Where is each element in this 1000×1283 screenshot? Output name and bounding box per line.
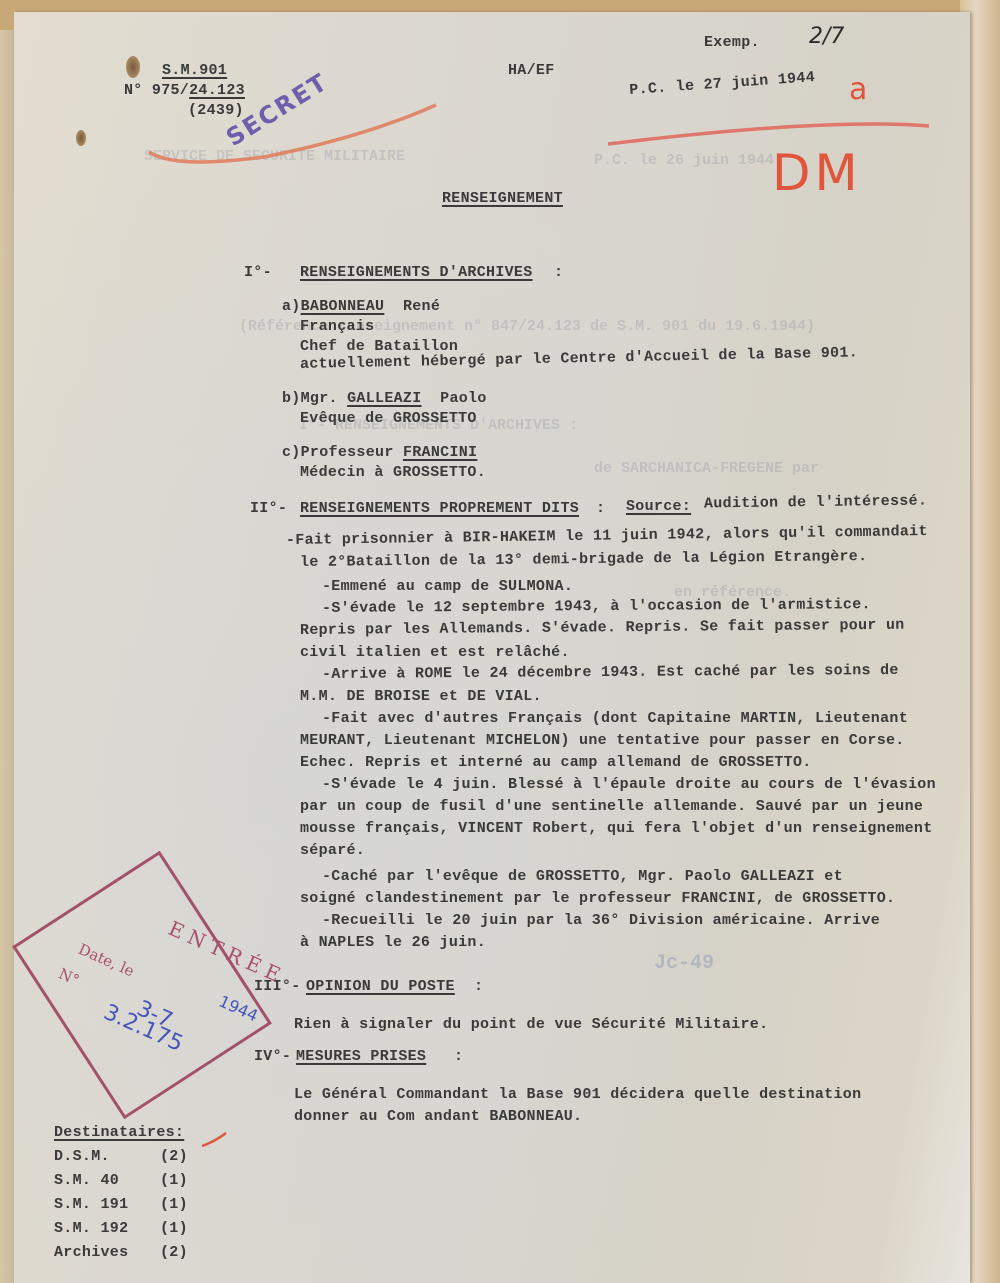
measures-line: donner au Com andant BABONNEAU. xyxy=(294,1108,582,1125)
recipient-row: D.S.M.(2) xyxy=(54,1148,188,1165)
source-value: Audition de l'intéressé. xyxy=(704,492,927,512)
measures-line: Le Général Commandant la Base 901 décide… xyxy=(294,1086,861,1103)
document-title: RENSEIGNEMENT xyxy=(442,190,563,207)
person-c: c)Professeur FRANCINI xyxy=(282,444,477,461)
narrative-line: séparé. xyxy=(300,842,365,859)
narrative-line: Repris par les Allemands. S'évade. Repri… xyxy=(300,617,905,639)
paper-stain xyxy=(126,56,140,78)
red-check-mark xyxy=(200,1130,230,1150)
recipients-heading: Destinataires: xyxy=(54,1124,184,1141)
opinion-text: Rien à signaler du point de vue Sécurité… xyxy=(294,1016,768,1033)
entry-stamp-year: 1944 xyxy=(216,992,261,1026)
recipient-count: (1) xyxy=(160,1220,188,1237)
section-heading: OPINION DU POSTE xyxy=(306,978,455,995)
narrative-line: le 2°Bataillon de la 13° demi-brigade de… xyxy=(300,548,868,571)
red-annotation-dm: DM xyxy=(772,144,862,202)
typist-initials: HA/EF xyxy=(508,62,555,79)
narrative-line: -Emmené au camp de SULMONA. xyxy=(322,578,573,595)
recipient-count: (1) xyxy=(160,1172,188,1189)
person-line: Français xyxy=(300,318,374,335)
red-annotation-a: a xyxy=(849,72,867,107)
list-marker: b) xyxy=(282,390,301,407)
section-heading: RENSEIGNEMENTS PROPREMENT DITS xyxy=(300,500,579,517)
heading-colon: : xyxy=(474,978,483,995)
recipient-count: (2) xyxy=(160,1148,188,1165)
underlying-sheet-left xyxy=(0,30,15,1283)
recipient-name: D.S.M. xyxy=(54,1148,160,1165)
source-label: Source: xyxy=(626,498,691,515)
show-through-text: P.C. le 26 juin 1944 xyxy=(594,152,774,169)
person-surname: BABONNEAU xyxy=(301,298,385,315)
section-number: I°- xyxy=(244,264,272,281)
recipient-name: S.M. 191 xyxy=(54,1196,160,1213)
narrative-line: -Fait avec d'autres Français (dont Capit… xyxy=(322,710,908,727)
narrative-line: par un coup de fusil d'une sentinelle al… xyxy=(300,798,923,815)
section-number: II°- xyxy=(250,500,287,517)
paper-stain xyxy=(76,130,86,146)
narrative-line: -Recueilli le 20 juin par la 36° Divisio… xyxy=(322,912,880,929)
person-surname: FRANCINI xyxy=(403,444,477,461)
narrative-line: soigné clandestinement par le professeur… xyxy=(300,890,895,907)
entry-stamp-date-label: Date, le xyxy=(76,940,137,980)
document-page: SERVICE DE SECURITE MILITAIRE P.C. le 26… xyxy=(14,12,970,1283)
person-title: Mgr. xyxy=(301,390,348,407)
recipient-row: S.M. 191(1) xyxy=(54,1196,188,1213)
red-pencil-underline xyxy=(604,112,934,152)
heading-colon: : xyxy=(596,500,605,517)
section-heading: RENSEIGNEMENTS D'ARCHIVES xyxy=(300,264,533,281)
heading-colon: : xyxy=(454,1048,463,1065)
person-title: Professeur xyxy=(301,444,403,461)
place-date: P.C. le 27 juin 1944 xyxy=(629,69,816,99)
recipient-row: Archives(2) xyxy=(54,1244,188,1261)
copy-label: Exemp. xyxy=(704,34,760,51)
list-marker: c) xyxy=(282,444,301,461)
entry-stamp-title: ENTRÉE xyxy=(165,916,290,989)
recipient-count: (1) xyxy=(160,1196,188,1213)
recipient-name: S.M. 192 xyxy=(54,1220,160,1237)
person-line: Evêque de GROSSETTO xyxy=(300,410,477,427)
heading-colon: : xyxy=(554,264,563,281)
narrative-line: MEURANT, Lieutenant MICHELON) une tentat… xyxy=(300,732,905,749)
section-number: IV°- xyxy=(254,1048,291,1065)
list-marker: a) xyxy=(282,298,301,315)
narrative-line: -Caché par l'evêque de GROSSETTO, Mgr. P… xyxy=(322,868,843,885)
recipient-row: S.M. 192(1) xyxy=(54,1220,188,1237)
narrative-line: mousse français, VINCENT Robert, qui fer… xyxy=(300,820,933,837)
narrative-line: à NAPLES le 26 juin. xyxy=(300,934,486,951)
section-heading: MESURES PRISES xyxy=(296,1048,426,1065)
recipient-count: (2) xyxy=(160,1244,188,1261)
person-given-name: René xyxy=(403,298,440,315)
narrative-line: civil italien et est relâché. xyxy=(300,644,570,661)
person-b: b)Mgr. GALLEAZI Paolo xyxy=(282,390,487,407)
copy-number-handwritten: 2/7 xyxy=(809,24,844,49)
person-a: a)BABONNEAU René xyxy=(282,298,440,315)
narrative-line: M.M. DE BROISE et DE VIAL. xyxy=(300,688,542,705)
show-through-text: de SARCHANICA-FREGENE par xyxy=(594,460,819,477)
faint-pencil-note: Jc-49 xyxy=(654,952,714,975)
narrative-line: Echec. Repris et interné au camp alleman… xyxy=(300,754,812,771)
narrative-line: -S'évade le 12 septembre 1943, à l'occas… xyxy=(322,596,871,617)
recipient-name: Archives xyxy=(54,1244,160,1261)
entry-stamp: ENTRÉE Date, le N° 3-7 1944 3.2.175 xyxy=(12,851,272,1120)
recipient-name: S.M. 40 xyxy=(54,1172,160,1189)
narrative-line: -Arrive à ROME le 24 décembre 1943. Est … xyxy=(322,662,899,683)
person-surname: GALLEAZI xyxy=(347,390,421,407)
person-line: Médecin à GROSSETTO. xyxy=(300,464,486,481)
person-given-name: Paolo xyxy=(440,390,487,407)
recipient-row: S.M. 40(1) xyxy=(54,1172,188,1189)
narrative-line: -Fait prisonnier à BIR-HAKEIM le 11 juin… xyxy=(286,523,928,549)
entry-stamp-number-label: N° xyxy=(56,965,82,990)
narrative-line: -S'évade le 4 juin. Blessé à l'épaule dr… xyxy=(322,776,936,793)
unit-code: S.M.901 xyxy=(162,62,227,79)
